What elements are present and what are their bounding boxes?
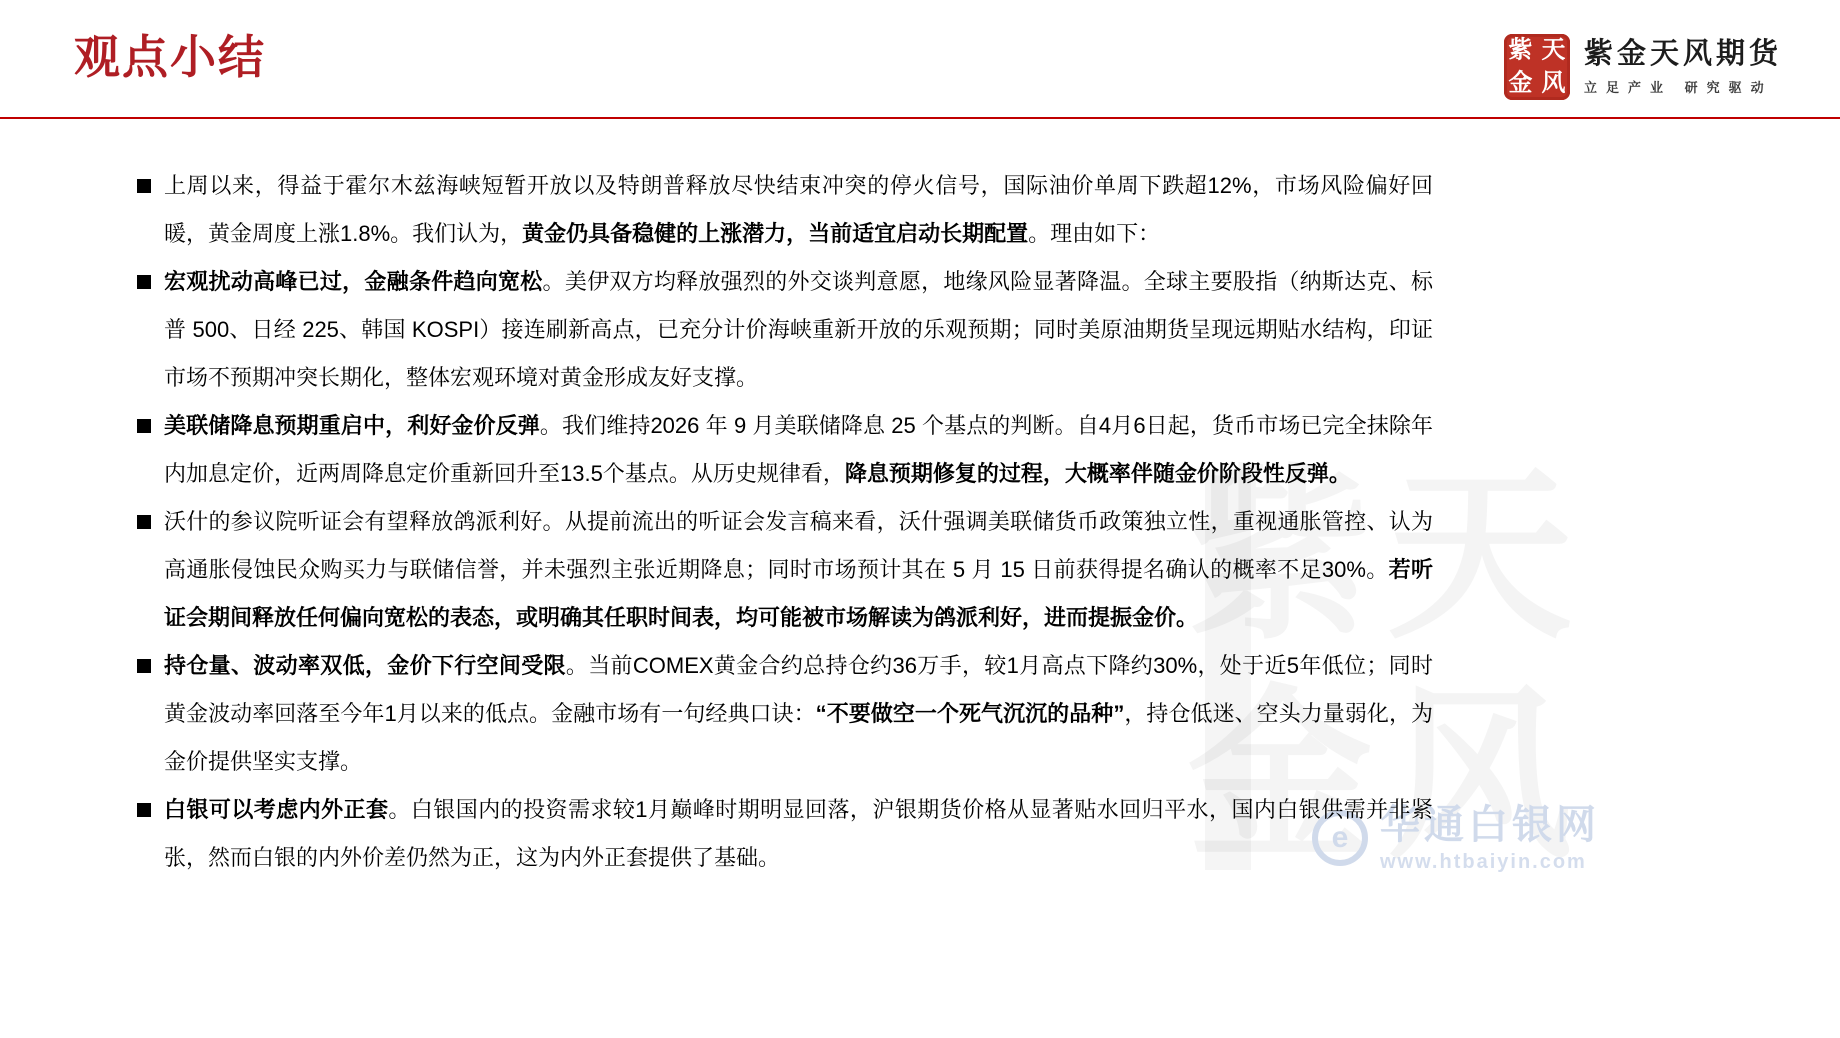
bullet-text: 持仓量、波动率双低，金价下行空间受限。当前COMEX黄金合约总持仓约36万手，较…	[164, 653, 1433, 774]
bullet-square-icon	[137, 179, 151, 193]
bullet-square-icon	[137, 419, 151, 433]
bullet-text: 沃什的参议院听证会有望释放鸽派利好。从提前流出的听证会发言稿来看，沃什强调美联储…	[164, 509, 1433, 630]
seal-char: 天	[1538, 35, 1568, 65]
bullet-item: 沃什的参议院听证会有望释放鸽派利好。从提前流出的听证会发言稿来看，沃什强调美联储…	[137, 498, 1433, 642]
bullet-list: 上周以来，得益于霍尔木兹海峡短暂开放以及特朗普释放尽快结束冲突的停火信号，国际油…	[137, 162, 1433, 882]
bullet-item: 美联储降息预期重启中，利好金价反弹。我们维持2026 年 9 月美联储降息 25…	[137, 402, 1433, 498]
bullet-item: 持仓量、波动率双低，金价下行空间受限。当前COMEX黄金合约总持仓约36万手，较…	[137, 642, 1433, 786]
slide: 紫 天 金 风 e 华通白银网 www.htbaiyin.com 观点小结 紫 …	[0, 0, 1840, 1038]
bullet-square-icon	[137, 803, 151, 817]
company-logo: 紫 天 金 风 紫金天风期货 立足产业 研究驱动	[1504, 34, 1782, 100]
bullet-square-icon	[137, 275, 151, 289]
company-name: 紫金天风期货	[1584, 38, 1782, 71]
seal-char: 金	[1505, 68, 1535, 98]
header-divider	[0, 117, 1840, 119]
bullet-item: 上周以来，得益于霍尔木兹海峡短暂开放以及特朗普释放尽快结束冲突的停火信号，国际油…	[137, 162, 1433, 258]
company-slogan: 立足产业 研究驱动	[1584, 77, 1782, 96]
bullet-square-icon	[137, 659, 151, 673]
bullet-text: 白银可以考虑内外正套。白银国内的投资需求较1月巅峰时期明显回落，沪银期货价格从显…	[164, 797, 1433, 870]
seal-char: 风	[1538, 68, 1568, 98]
bullet-text: 美联储降息预期重启中，利好金价反弹。我们维持2026 年 9 月美联储降息 25…	[164, 413, 1433, 486]
company-seal-icon: 紫 天 金 风	[1504, 34, 1570, 100]
bullet-text: 上周以来，得益于霍尔木兹海峡短暂开放以及特朗普释放尽快结束冲突的停火信号，国际油…	[164, 173, 1433, 246]
page-title: 观点小结	[74, 30, 266, 85]
bullet-square-icon	[137, 515, 151, 529]
seal-char: 紫	[1505, 35, 1535, 65]
bullet-text: 宏观扰动高峰已过，金融条件趋向宽松。美伊双方均释放强烈的外交谈判意愿，地缘风险显…	[164, 269, 1433, 390]
bullet-item: 宏观扰动高峰已过，金融条件趋向宽松。美伊双方均释放强烈的外交谈判意愿，地缘风险显…	[137, 258, 1433, 402]
bullet-item: 白银可以考虑内外正套。白银国内的投资需求较1月巅峰时期明显回落，沪银期货价格从显…	[137, 786, 1433, 882]
